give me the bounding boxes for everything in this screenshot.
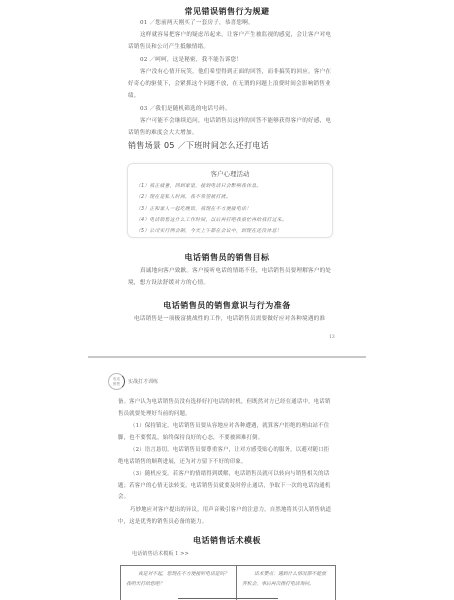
document-page-1: 常见错误销售行为规避 01 ／您前两天刚买了一套房子，恭喜您啊。 这样就容易把客…	[0, 0, 454, 350]
section-title-mistakes: 常见错误销售行为规避	[0, 6, 454, 17]
goal-title: 电话销售员的销售目标	[0, 252, 454, 263]
badge-line-2: 销售	[109, 382, 124, 387]
psych-line: （4）电话销售这什么工作时间，以后再打吧我很忙再给我打过来。	[136, 215, 287, 226]
point-3: （3）随机应变。若客户的情绪得到缓解，电话销售员就可以转向与销售相关的话题；若客…	[118, 469, 334, 504]
chapter-badge-icon: 电话 销售	[108, 373, 125, 390]
answer-3: 客户可能不会继续追问，电话销售员这样的回答不能够获得客户的好感，电话销售的难度会…	[128, 116, 336, 140]
template-label: 电话销售话术模板 1 >>	[132, 550, 189, 557]
answer-1: 这样就容易把客户的疑虑吊起来，让客户产生被监视的感觉，会让客户对电话销售员和公司…	[128, 30, 336, 54]
question-1: 01 ／您前两天刚买了一套房子，恭喜您啊。	[140, 18, 254, 26]
question-3: 03 ／我们是随机筛选的电话号码。	[140, 104, 231, 112]
psych-list: （1）我正疲惫，回到家里，接到电话只会影响我休息。 （2）现在是私人时间，我不希…	[136, 181, 287, 237]
psych-box-title: 客户心理活动	[128, 169, 332, 178]
point-2: （2）语言恳切。电话销售员要尊重客户，让对方感受贴心的服务，以避对随口拒绝电话销…	[118, 445, 334, 468]
badge-label: 实战打才训练	[128, 378, 158, 385]
customer-psychology-box: 客户心理活动 （1）我正疲惫，回到家里，接到电话只会影响我休息。 （2）现在是私…	[127, 163, 333, 238]
scene-title: 销售场景 05 ／下班时间怎么还打电话	[128, 140, 269, 151]
intro-text: 备。客户认为电话销售员没有选择好打电话的时机，但既然对方已经在通话中，电话销售员…	[118, 397, 334, 420]
psych-line: （3）正和家人一起吃晚饭，我现在不方便接电话！	[136, 204, 287, 215]
psych-line: （1）我正疲惫，回到家里，接到电话只会影响我休息。	[136, 181, 287, 192]
page-number: 13	[329, 335, 335, 340]
psych-line: （5）公司实行例会制，今天上午都在会议中，到现在还没休息！	[136, 226, 287, 237]
template-cell-script: 真是对不起，您现在不方便接听电话是吗？我明天打给您吧？	[121, 566, 237, 600]
answer-2: 客户没有心情开玩笑，他们希望得到正面的回答，而非搞笑的回应。客户在好奇心的驱使下…	[128, 67, 336, 102]
psych-line: （2）现在是私人时间，我不希望被打扰。	[136, 192, 287, 203]
question-2: 02 ／呵呵，这是秘密，我不能告诉您！	[140, 55, 242, 63]
template-cell-tips: 话术要点：遇到什么情况都不能放弃机会，事后再次拨打电话询问。	[237, 566, 335, 600]
goal-text: 真诚地向客户致歉。客户接听电话的情绪不佳，电话销售员要理解客户的处境，想方设法舒…	[128, 266, 336, 290]
closing-text: 巧妙地应对客户提出的异议，用声音吸引客户的注意力，自然地将其引入销售轨道中，这是…	[118, 505, 334, 528]
bottom-rule	[178, 598, 278, 599]
script-template-table: 真是对不起，您现在不方便接听电话是吗？我明天打给您吧？ 话术要点：遇到什么情况都…	[120, 565, 336, 600]
mindset-text: 电话销售是一项极富挑战性的工作，电话销售员需要做好应对各种境遇的准	[122, 314, 338, 326]
mindset-title: 电话销售员的销售意识与行为准备	[0, 300, 454, 311]
template-title: 电话销售话术模板	[0, 535, 454, 546]
point-1: （1）保持镇定。电话销售员要从容地应对各种遭遇，就算客户拒绝的理由站不住脚，也不…	[118, 421, 334, 444]
